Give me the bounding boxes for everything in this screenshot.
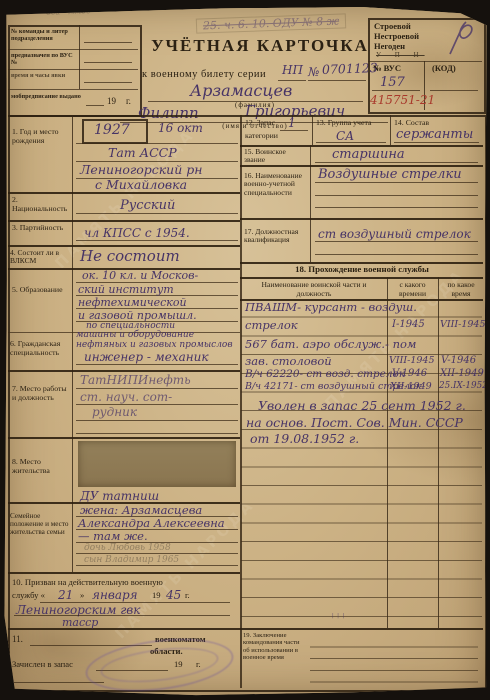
field7-label: 7. Место работы и должность (12, 385, 68, 402)
field10-year-print: 19 (152, 591, 161, 601)
ruled-lines-area (310, 636, 478, 684)
section-border (8, 220, 240, 222)
mob-row4-label: мобпредписание выдано (11, 93, 83, 100)
education-line2: ский институт (78, 284, 174, 295)
blank-line (84, 42, 132, 43)
rule-line (76, 364, 238, 365)
family-line1: жена: Арзамасцева (80, 505, 202, 517)
section-border (8, 370, 240, 372)
label-divider (310, 145, 311, 262)
card-title: УЧЁТНАЯ КАРТОЧКА (140, 36, 380, 55)
fitness-upn-row: У П Н (376, 52, 425, 60)
service-row1-unit2: стрелок (245, 320, 298, 332)
composition-value: сержанты (396, 128, 473, 141)
service-row2-unit: 567 бат. аэро обслуж.- пом (245, 339, 416, 351)
rule-line (76, 388, 238, 389)
field3-label: 3. Партийность (12, 224, 68, 233)
service-row1-unit: ПВАШМ- курсант - воздуш. (245, 302, 417, 314)
vus-value: 157 (380, 76, 405, 89)
education-line3: нефтехимической (78, 297, 187, 308)
cell-divider (390, 115, 391, 145)
col-header-to: по какое время (440, 281, 482, 298)
section-border (8, 192, 240, 194)
family-line2: Александра Алексеевна (78, 518, 225, 530)
birth-year: 1927 (94, 123, 130, 137)
conscription-region: тасср (62, 617, 98, 628)
mob-row2-label: предназначен по ВУС № (11, 52, 77, 66)
col-header-unit: Наименование воинской части и должность (245, 281, 383, 298)
education-line1: ок. 10 кл. и Москов- (82, 270, 198, 281)
field11-number: 11. (12, 634, 23, 644)
scanned-document: ПАМЯТЬ НАРОДА ПАМЯТЬ НАРОДА ПАМЯТЬ НАРОД… (0, 0, 490, 700)
field10-year-suffix: г. (185, 591, 190, 601)
field2-label: 2. Национальность (12, 196, 68, 213)
rule-line (76, 143, 238, 144)
record-card-paper: ПАМЯТЬ НАРОДА ПАМЯТЬ НАРОДА ПАМЯТЬ НАРОД… (0, 0, 490, 700)
rule-line (8, 49, 138, 50)
specialty-value: Воздушные стрелки (318, 168, 462, 181)
rule-line (315, 182, 478, 183)
surname-handwritten: Арзамасцев (190, 83, 292, 99)
field4-label: 4. Состоит ли в ВЛКСМ (10, 249, 70, 266)
service-row4-from: XII-1949 (390, 382, 432, 392)
conscription-year: 45 (166, 589, 181, 601)
conscription-day: 21 (58, 589, 73, 601)
rule-line (430, 90, 478, 91)
rule-line (76, 565, 238, 566)
service-row2-to: V-1946 (441, 356, 476, 366)
rule-line (308, 80, 366, 81)
nationality-value: Русский (120, 199, 175, 212)
reserve-category: 1 (288, 117, 296, 129)
kod-header: (КОД) (432, 64, 456, 74)
rule-line (372, 90, 420, 91)
rule-line (76, 213, 238, 214)
family-pencil-line2: сын Владимир 1965 (84, 556, 179, 565)
field9-label: Семейное положение и место жительства се… (10, 512, 70, 536)
conscription-month: января (92, 589, 138, 601)
qualification-value: ст воздушный стрелок (318, 228, 471, 240)
rule-line (315, 254, 478, 255)
pencil-note: бса - ммоб (46, 7, 91, 17)
service-row2-unit2: зав. столовой (245, 356, 332, 368)
birth-place-line1: Тат АССР (108, 147, 177, 160)
mob-year: 19 (107, 96, 116, 106)
service-row3-to: XII-1949 (440, 369, 484, 379)
education-line6: машины и оборудование (76, 331, 194, 340)
blank-line (84, 62, 132, 63)
rule-line (76, 553, 238, 554)
discharge-line1: Уволен в запас 25 сент 1952 г. (258, 400, 466, 413)
workplace-line2: ст. науч. сот- (80, 391, 172, 403)
birth-place-line2: Лениногорский рн (80, 164, 203, 177)
service-row1-to: VIII-1945 (440, 320, 486, 330)
cell-divider (312, 115, 313, 145)
field6-label: 6. Гражданская специальность (10, 340, 70, 357)
residence-note: ДУ татниш (80, 490, 159, 502)
field11-line2: Зачислен в запас (12, 660, 73, 670)
discharge-line3: от 19.08.1952 г. (250, 433, 359, 446)
mob-row3-label: время и часы явки (11, 72, 77, 79)
mob-row1-label: № команды и литер подразделения (11, 28, 77, 42)
billet-series: НП (282, 64, 303, 76)
field13-label: 13. Группа учета (316, 119, 371, 128)
rule-line (316, 142, 386, 143)
rule-line (14, 615, 230, 616)
field1-label: 1. Год и место рождения (12, 128, 68, 145)
field12-label: 12. Запас (245, 119, 275, 128)
party-value: чл КПСС с 1954. (84, 227, 190, 239)
family-line3: — там же. (78, 531, 148, 543)
service-row4-to: 25.IX-1952 (439, 382, 488, 391)
service-table-title: 18. Прохождение военной службы (242, 265, 482, 275)
field10-line2-prefix: службу « (12, 591, 45, 601)
section-border (8, 437, 240, 439)
rule-line (76, 433, 238, 434)
rank-value: старшина (332, 148, 405, 161)
rule-line (394, 142, 479, 143)
field8-label: 8. Место жительства (12, 458, 68, 475)
rule-line (315, 195, 478, 196)
col-header-from: с какого времени (389, 281, 436, 298)
service-row3-unit: В/ч 62220- ст возд. стрелок (245, 369, 405, 380)
service-row2-from: VIII-1945 (389, 356, 435, 366)
birth-day: 16 окт (158, 122, 203, 134)
birth-place-line3: с Михайловка (95, 179, 187, 192)
rule-line (8, 89, 138, 90)
field16-label: 16. Наименование военно-учетной специаль… (244, 172, 308, 197)
service-row1-from: I-1945 (392, 320, 425, 330)
blank-line (86, 105, 104, 106)
education-line4: и газовой промышл. (78, 310, 197, 321)
section-border (240, 218, 483, 220)
vus-code-red: 415751-21 (370, 94, 435, 106)
field5-label: 5. Образование (12, 286, 68, 295)
mob-year-suffix: г. (126, 96, 131, 106)
field17-label: 17. Должностная квалификация (244, 228, 308, 245)
vlksm-value: Не состоит (80, 249, 180, 264)
rule-line (76, 420, 238, 421)
field12-suffix: категории (245, 132, 278, 141)
number-sign: № (308, 66, 319, 78)
workplace-line1: ТатНИПИнефть (80, 374, 191, 386)
civil-spec-line1: нефтяных и газовых промыслов (76, 341, 233, 350)
rule-line (280, 130, 308, 131)
fitness-pen-mark (432, 18, 478, 58)
faded-scrawl-note: 25. ч. 6. 10. ОДУ № 8 ж (196, 13, 347, 33)
family-pencil-line1: дочь Любовь 1958 (84, 544, 171, 553)
service-row3-from: V-1946 (392, 369, 427, 379)
section-border (240, 277, 483, 279)
blank-line (84, 82, 132, 83)
field10-line2-mid: » (80, 591, 84, 601)
rule-line (368, 61, 482, 62)
section-border (8, 572, 240, 574)
rule-line (315, 241, 478, 242)
group-value: СА (336, 130, 354, 142)
workplace-line3: рудник (92, 406, 137, 418)
rule-line (315, 207, 478, 208)
rule-line (79, 25, 80, 89)
stray-ink-mark: ╷╷╷ (330, 610, 346, 619)
redaction-block (78, 441, 236, 487)
field15-label: 15. Воинское звание (244, 148, 308, 165)
rule-line (76, 240, 238, 241)
rule-line (8, 69, 138, 70)
civil-spec-line2: инженер - механик (84, 351, 209, 363)
discharge-line2: на основ. Пост. Сов. Мин. СССР (246, 417, 463, 430)
vus-header: № ВУС (373, 64, 401, 74)
field10-line1: 10. Призван на действительную военную (12, 578, 237, 588)
rule-line (315, 162, 478, 163)
subtitle: к военному билету серии (142, 69, 266, 81)
field19-label: 19. Заключение командования части об исп… (243, 632, 303, 662)
